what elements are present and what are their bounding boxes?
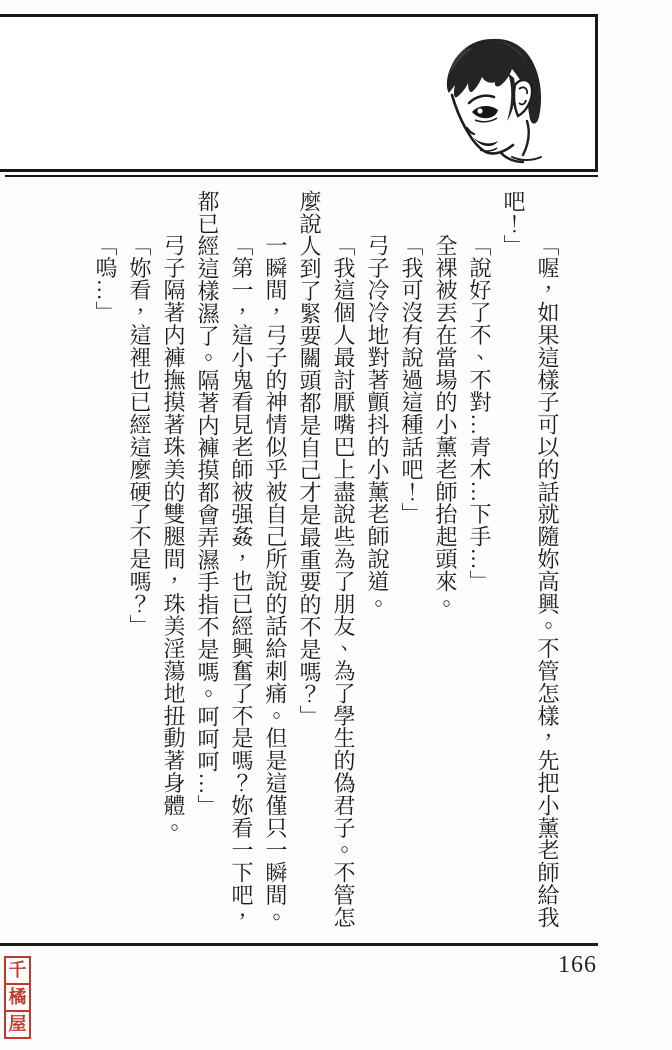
paragraph: 「說好了不、不對…青木…下手…」 <box>462 190 496 932</box>
manga-face-illustration <box>435 33 551 165</box>
paragraph: 全裸被丟在當場的小薰老師抬起頭來。 <box>428 190 462 932</box>
text-block: 「喔，如果這樣子可以的話就隨妳高興。不管怎樣，先把小薰老師給我吧！」「說好了不、… <box>88 190 564 932</box>
paragraph: 「第一，這小鬼看見老師被强姦，也已經興奮了不是嗎？妳看一下吧，都已經這樣濕了。隔… <box>190 190 258 932</box>
paragraph: 「妳看，這裡也已經這麼硬了不是嗎？」 <box>122 190 156 932</box>
book-page: { "page": { "background": "#fdfdfc", "in… <box>0 0 672 1050</box>
paragraph: 「我可沒有說過這種話吧！」 <box>394 190 428 932</box>
paragraph: 弓子隔著内褲撫摸著珠美的雙腿間，珠美淫蕩地扭動著身體。 <box>156 190 190 932</box>
seal-character: 橘 <box>4 983 31 1012</box>
footer-rule <box>0 943 598 946</box>
page-number: 166 <box>537 952 597 979</box>
paragraph: 「喔，如果這樣子可以的話就隨妳高興。不管怎樣，先把小薰老師給我吧！」 <box>496 190 564 932</box>
paragraph: 一瞬間，弓子的神情似乎被自己所說的話給刺痛。但是這僅只一瞬間。 <box>258 190 292 932</box>
seal-character: 屋 <box>4 1010 31 1039</box>
paragraph: 弓子冷冷地對著顫抖的小薰老師說道。 <box>360 190 394 932</box>
paragraph: 「我這個人最討厭嘴巴上盡說些為了朋友、為了學生的偽君子。不管怎麼說人到了緊要關頭… <box>292 190 360 932</box>
illustration-panel <box>0 14 598 172</box>
publisher-seal: 千 橘 屋 <box>4 956 31 1037</box>
seal-character: 千 <box>4 956 31 985</box>
paragraph: 「嗚…」 <box>88 190 122 932</box>
